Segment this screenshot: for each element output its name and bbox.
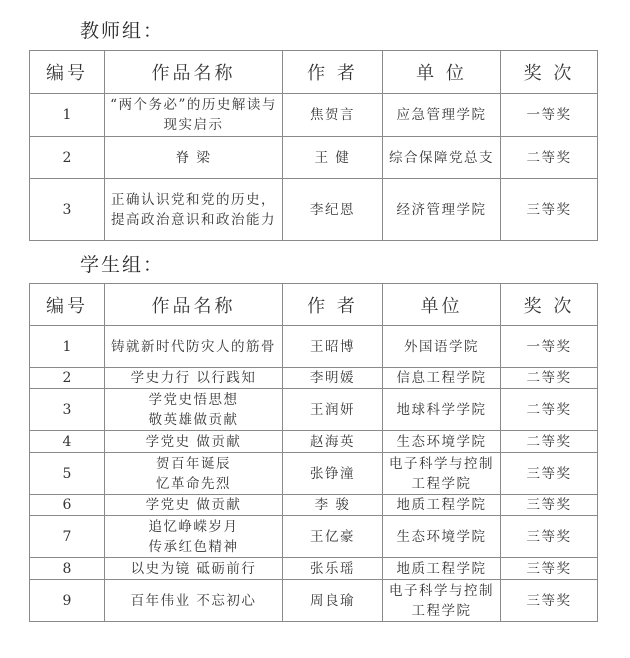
cell-unit: 生态环境学院 — [383, 431, 501, 453]
cell-unit: 外国语学院 — [383, 326, 501, 368]
table-header-row: 编号 作品名称 作 者 单位 奖 次 — [30, 284, 598, 326]
cell-unit: 电子科学与控制工程学院 — [383, 453, 501, 495]
cell-work-title: 学党史悟思想 敬英雄做贡献 — [105, 389, 283, 431]
header-number: 编号 — [30, 51, 105, 94]
table-row: 4 学党史 做贡献 赵海英 生态环境学院 二等奖 — [30, 431, 598, 453]
cell-number: 4 — [30, 431, 105, 453]
cell-author: 张乐瑶 — [283, 558, 383, 580]
header-award: 奖 次 — [501, 284, 598, 326]
teacher-section-title: 教师组： — [80, 16, 164, 43]
cell-work-title: 脊 梁 — [105, 137, 283, 179]
cell-award: 三等奖 — [501, 495, 598, 516]
cell-work-title: “两个务必”的历史解读与现实启示 — [105, 94, 283, 137]
cell-unit: 地球科学学院 — [383, 389, 501, 431]
cell-work-title: 以史为镜 砥砺前行 — [105, 558, 283, 580]
teacher-awards-table: 编号 作品名称 作 者 单 位 奖 次 1 “两个务必”的历史解读与现实启示 焦… — [29, 50, 598, 241]
cell-author: 焦贺言 — [283, 94, 383, 137]
student-awards-table: 编号 作品名称 作 者 单位 奖 次 1 铸就新时代防灾人的筋骨 王昭博 外国语… — [29, 283, 598, 622]
table-row: 8 以史为镜 砥砺前行 张乐瑶 地质工程学院 三等奖 — [30, 558, 598, 580]
cell-unit: 电子科学与控制工程学院 — [383, 580, 501, 622]
cell-award: 二等奖 — [501, 389, 598, 431]
cell-unit: 信息工程学院 — [383, 368, 501, 389]
cell-author: 王 健 — [283, 137, 383, 179]
cell-award: 三等奖 — [501, 453, 598, 495]
cell-number: 3 — [30, 389, 105, 431]
table-row: 1 “两个务必”的历史解读与现实启示 焦贺言 应急管理学院 一等奖 — [30, 94, 598, 137]
table-row: 2 学史力行 以行践知 李明媛 信息工程学院 二等奖 — [30, 368, 598, 389]
cell-number: 8 — [30, 558, 105, 580]
cell-award: 一等奖 — [501, 326, 598, 368]
header-number: 编号 — [30, 284, 105, 326]
cell-number: 5 — [30, 453, 105, 495]
header-unit: 单 位 — [383, 51, 501, 94]
table-row: 1 铸就新时代防灾人的筋骨 王昭博 外国语学院 一等奖 — [30, 326, 598, 368]
cell-number: 1 — [30, 94, 105, 137]
header-author: 作 者 — [283, 51, 383, 94]
cell-work-title: 学党史 做贡献 — [105, 495, 283, 516]
cell-award: 二等奖 — [501, 137, 598, 179]
cell-award: 二等奖 — [501, 431, 598, 453]
cell-award: 三等奖 — [501, 516, 598, 558]
cell-award: 一等奖 — [501, 94, 598, 137]
cell-unit: 应急管理学院 — [383, 94, 501, 137]
cell-work-title: 贺百年诞辰 忆革命先烈 — [105, 453, 283, 495]
cell-author: 张铮潼 — [283, 453, 383, 495]
cell-author: 王润妍 — [283, 389, 383, 431]
cell-number: 3 — [30, 179, 105, 241]
cell-award: 三等奖 — [501, 179, 598, 241]
cell-unit: 综合保障党总支 — [383, 137, 501, 179]
cell-number: 6 — [30, 495, 105, 516]
cell-award: 二等奖 — [501, 368, 598, 389]
cell-number: 7 — [30, 516, 105, 558]
student-section-title: 学生组： — [80, 250, 164, 277]
cell-work-title: 学党史 做贡献 — [105, 431, 283, 453]
cell-work-title: 追忆峥嵘岁月 传承红色精神 — [105, 516, 283, 558]
table-row: 3 学党史悟思想 敬英雄做贡献 王润妍 地球科学学院 二等奖 — [30, 389, 598, 431]
cell-unit: 经济管理学院 — [383, 179, 501, 241]
table-row: 9 百年伟业 不忘初心 周良瑜 电子科学与控制工程学院 三等奖 — [30, 580, 598, 622]
header-work-title: 作品名称 — [105, 51, 283, 94]
cell-author: 王昭博 — [283, 326, 383, 368]
table-row: 5 贺百年诞辰 忆革命先烈 张铮潼 电子科学与控制工程学院 三等奖 — [30, 453, 598, 495]
cell-unit: 生态环境学院 — [383, 516, 501, 558]
cell-author: 周良瑜 — [283, 580, 383, 622]
cell-number: 9 — [30, 580, 105, 622]
cell-work-title: 正确认识党和党的历史，提高政治意识和政治能力 — [105, 179, 283, 241]
header-author: 作 者 — [283, 284, 383, 326]
cell-unit: 地质工程学院 — [383, 558, 501, 580]
cell-number: 2 — [30, 368, 105, 389]
table-row: 6 学党史 做贡献 李 骏 地质工程学院 三等奖 — [30, 495, 598, 516]
cell-author: 李明媛 — [283, 368, 383, 389]
cell-author: 李 骏 — [283, 495, 383, 516]
header-award: 奖 次 — [501, 51, 598, 94]
table-row: 2 脊 梁 王 健 综合保障党总支 二等奖 — [30, 137, 598, 179]
cell-work-title: 铸就新时代防灾人的筋骨 — [105, 326, 283, 368]
table-row: 3 正确认识党和党的历史，提高政治意识和政治能力 李纪恩 经济管理学院 三等奖 — [30, 179, 598, 241]
table-row: 7 追忆峥嵘岁月 传承红色精神 王亿豪 生态环境学院 三等奖 — [30, 516, 598, 558]
cell-number: 2 — [30, 137, 105, 179]
cell-author: 赵海英 — [283, 431, 383, 453]
cell-number: 1 — [30, 326, 105, 368]
cell-unit: 地质工程学院 — [383, 495, 501, 516]
cell-author: 王亿豪 — [283, 516, 383, 558]
header-work-title: 作品名称 — [105, 284, 283, 326]
cell-work-title: 百年伟业 不忘初心 — [105, 580, 283, 622]
cell-award: 三等奖 — [501, 580, 598, 622]
cell-award: 三等奖 — [501, 558, 598, 580]
cell-work-title: 学史力行 以行践知 — [105, 368, 283, 389]
cell-author: 李纪恩 — [283, 179, 383, 241]
table-header-row: 编号 作品名称 作 者 单 位 奖 次 — [30, 51, 598, 94]
header-unit: 单位 — [383, 284, 501, 326]
